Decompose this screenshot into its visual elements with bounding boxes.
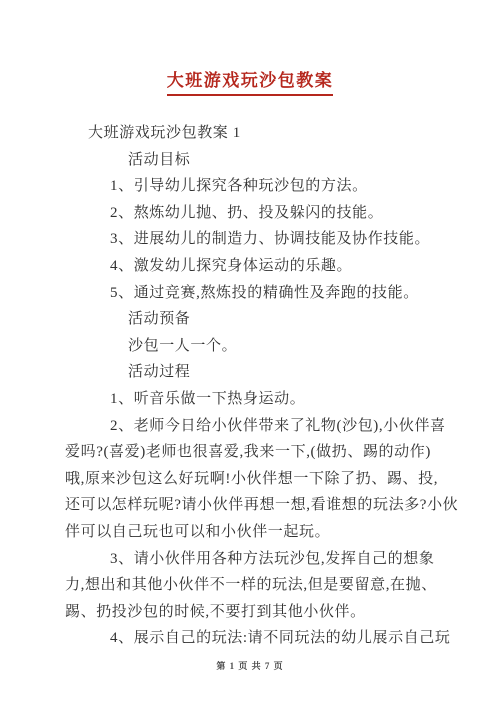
text-line: 大班游戏玩沙包教案 1 [0,120,500,147]
document-page: 大班游戏玩沙包教案 大班游戏玩沙包教案 1 活动目标 1、引导幼儿探究各种玩沙包… [0,0,500,707]
text-line: 伴可以自己玩也可以和小伙伴一起玩。 [0,519,500,546]
text-line: 1、听音乐做一下热身运动。 [0,386,500,413]
text-line: 2、熬炼幼儿抛、扔、投及躲闪的技能。 [0,200,500,227]
text-line: 2、老师今日给小伙伴带来了礼物(沙包),小伙伴喜 [0,413,500,440]
text-line: 4、激发幼儿探究身体运动的乐趣。 [0,253,500,280]
document-title-text: 大班游戏玩沙包教案 [167,66,334,96]
page-footer: 第 1 页 共 7 页 [0,659,500,672]
document-title: 大班游戏玩沙包教案 [0,66,500,96]
text-line: 还可以怎样玩呢?请小伙伴再想一想,看谁想的玩法多?小伙 [0,492,500,519]
text-line: 沙包一人一个。 [0,333,500,360]
text-line: 4、展示自己的玩法:请不同玩法的幼儿展示自己玩 [0,625,500,652]
text-line: 力,想出和其他小伙伴不一样的玩法,但是要留意,在抛、 [0,572,500,599]
text-line: 活动预备 [0,306,500,333]
text-line: 活动过程 [0,359,500,386]
text-line: 1、引导幼儿探究各种玩沙包的方法。 [0,173,500,200]
text-line: 活动目标 [0,147,500,174]
text-line: 3、请小伙伴用各种方法玩沙包,发挥自己的想象 [0,546,500,573]
text-line: 3、进展幼儿的制造力、协调技能及协作技能。 [0,226,500,253]
text-line: 爱吗?(喜爱)老师也很喜爱,我来一下,(做扔、踢的动作) [0,439,500,466]
page-number: 第 1 页 共 7 页 [216,661,283,671]
text-line: 踢、扔投沙包的时候,不要打到其他小伙伴。 [0,599,500,626]
text-line: 5、通过竞赛,熬炼投的精确性及奔跑的技能。 [0,280,500,307]
text-line: 哦,原来沙包这么好玩啊!小伙伴想一下除了扔、踢、投, [0,466,500,493]
document-body: 大班游戏玩沙包教案 1 活动目标 1、引导幼儿探究各种玩沙包的方法。 2、熬炼幼… [0,120,500,652]
